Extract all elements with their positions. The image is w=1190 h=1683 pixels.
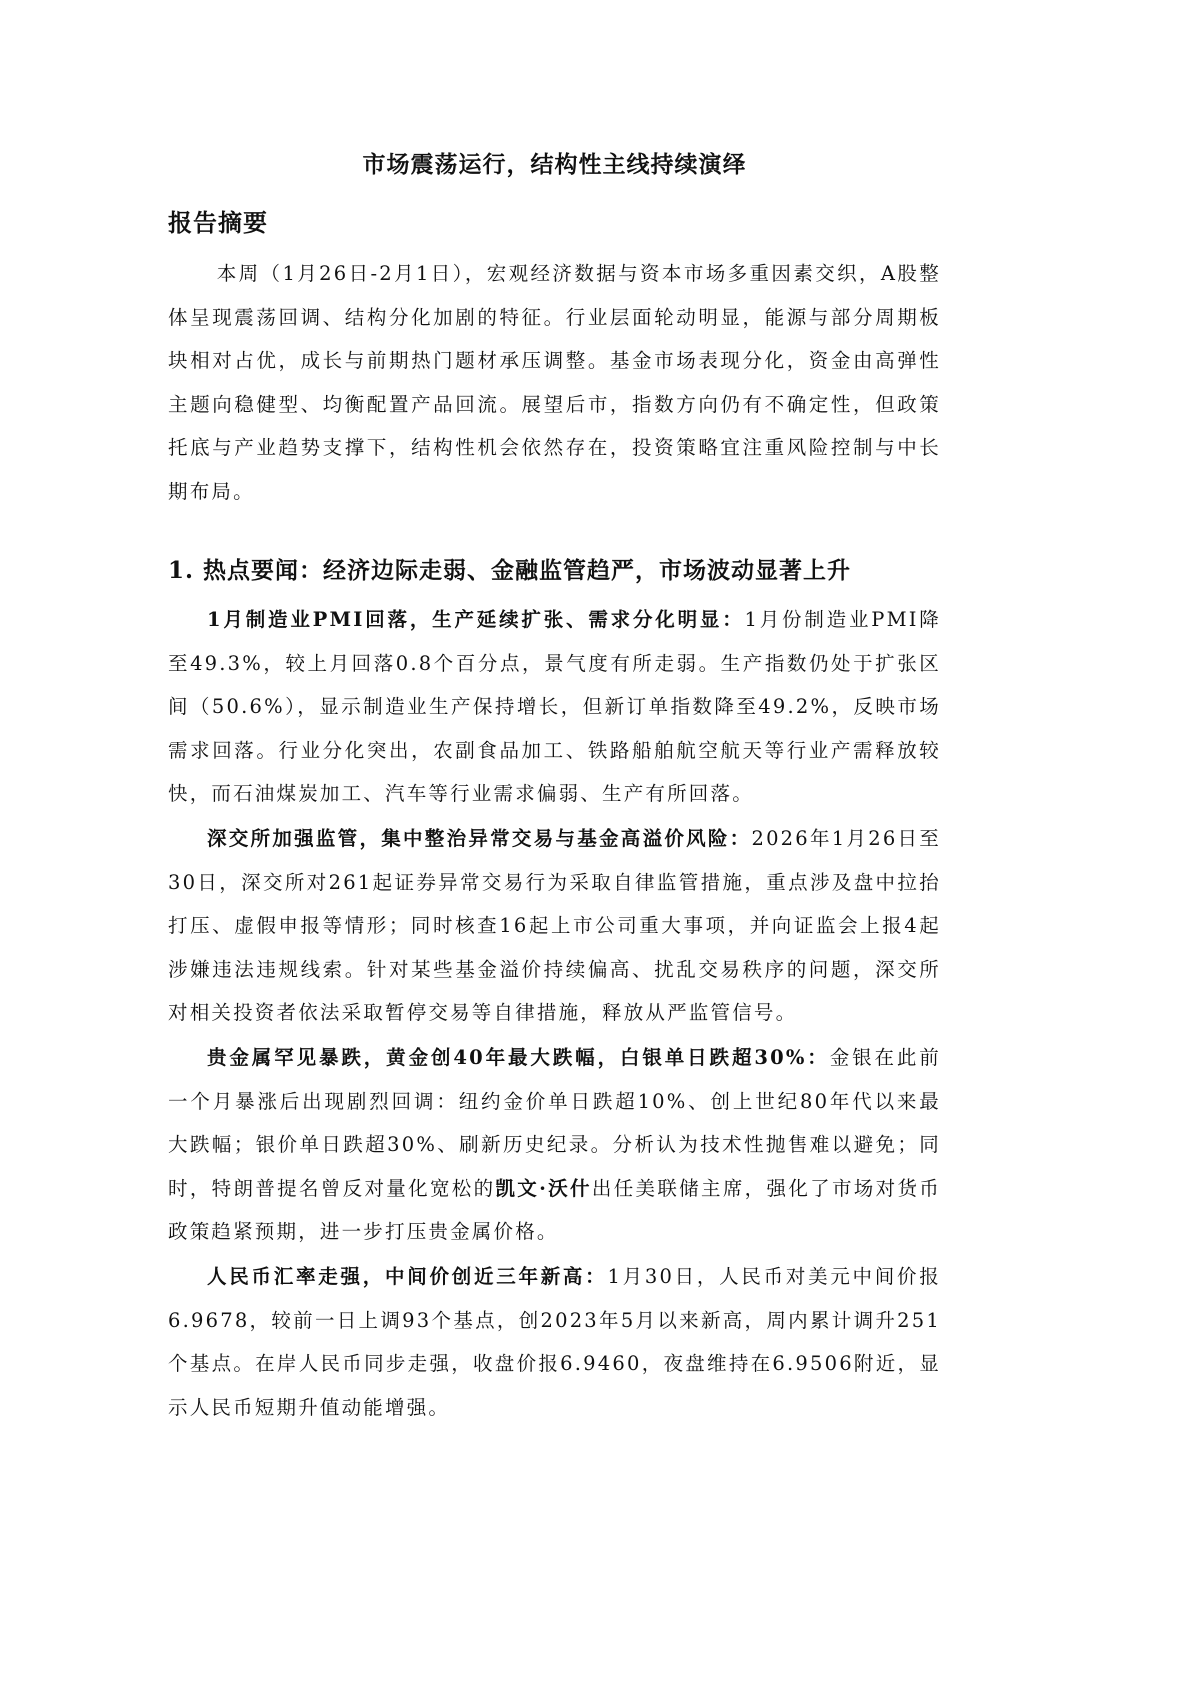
news-body: 2026年1月26日至30日，深交所对261起证券异常交易行为采取自律监管措施，… bbox=[168, 827, 941, 1024]
news-item-szse: 深交所加强监管，集中整治异常交易与基金高溢价风险：2026年1月26日至30日，… bbox=[168, 817, 941, 1035]
summary-paragraph: 本周（1月26日-2月1日），宏观经济数据与资本市场多重因素交织，A股整体呈现震… bbox=[168, 252, 941, 513]
news-item-metals: 贵金属罕见暴跌，黄金创40年最大跌幅，白银单日跌超30%：金银在此前一个月暴涨后… bbox=[168, 1036, 941, 1254]
news-lead: 1月制造业PMI回落，生产延续扩张、需求分化明显： bbox=[207, 608, 745, 631]
news-lead: 贵金属罕见暴跌，黄金创40年最大跌幅，白银单日跌超30%： bbox=[207, 1046, 830, 1069]
document-title: 市场震荡运行，结构性主线持续演绎 bbox=[168, 146, 941, 179]
news-item-rmb: 人民币汇率走强，中间价创近三年新高：1月30日，人民币对美元中间价报6.9678… bbox=[168, 1255, 941, 1429]
news-body: 1月份制造业PMI降至49.3%，较上月回落0.8个百分点，景气度有所走弱。生产… bbox=[168, 608, 941, 805]
section-heading: 1. 热点要闻：经济边际走弱、金融监管趋严，市场波动显著上升 bbox=[168, 552, 851, 585]
news-lead: 人民币汇率走强，中间价创近三年新高： bbox=[207, 1265, 607, 1288]
news-body: 1月30日，人民币对美元中间价报6.9678，较前一日上调93个基点，创2023… bbox=[168, 1265, 941, 1419]
person-name: 凯文·沃什 bbox=[495, 1177, 591, 1200]
news-item-pmi: 1月制造业PMI回落，生产延续扩张、需求分化明显：1月份制造业PMI降至49.3… bbox=[168, 598, 941, 816]
news-lead: 深交所加强监管，集中整治异常交易与基金高溢价风险： bbox=[207, 827, 751, 850]
summary-heading: 报告摘要 bbox=[168, 203, 268, 238]
